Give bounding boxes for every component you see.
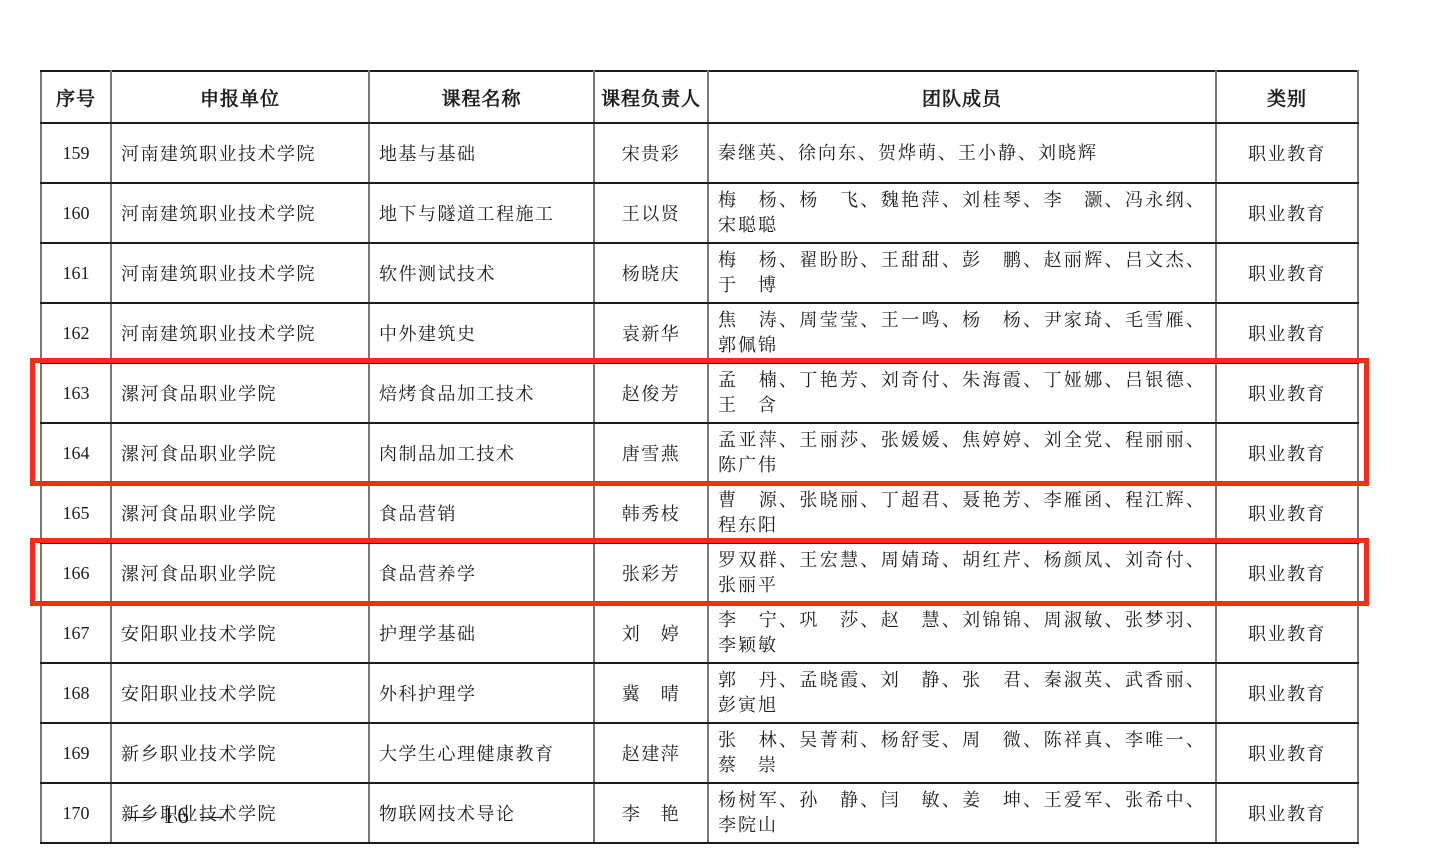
cell-team: 孟亚萍、王丽莎、张媛媛、焦婷婷、刘全党、程丽丽、陈广伟 [708,423,1216,483]
cell-unit: 漯河食品职业学院 [111,483,369,543]
table-header: 序号申报单位课程名称课程负责人团队成员类别 [41,71,1358,123]
header-team: 团队成员 [708,71,1216,123]
cell-unit: 漯河食品职业学院 [111,363,369,423]
cell-category: 职业教育 [1216,183,1358,243]
cell-no: 162 [41,303,111,363]
table-row: 169新乡职业技术学院大学生心理健康教育赵建萍张 林、吴菁莉、杨舒雯、周 微、陈… [41,723,1358,783]
cell-unit: 漯河食品职业学院 [111,543,369,603]
cell-leader: 赵建萍 [594,723,708,783]
cell-category: 职业教育 [1216,423,1358,483]
cell-unit: 安阳职业技术学院 [111,663,369,723]
cell-leader: 赵俊芳 [594,363,708,423]
table-row: 161河南建筑职业技术学院软件测试技术杨晓庆梅 杨、翟盼盼、王甜甜、彭 鹏、赵丽… [41,243,1358,303]
cell-course: 肉制品加工技术 [369,423,594,483]
table-row: 159河南建筑职业技术学院地基与基础宋贵彩秦继英、徐向东、贺烨萌、王小静、刘晓辉… [41,123,1358,183]
header-course: 课程名称 [369,71,594,123]
table-row: 164漯河食品职业学院肉制品加工技术唐雪燕孟亚萍、王丽莎、张媛媛、焦婷婷、刘全党… [41,423,1358,483]
cell-leader: 袁新华 [594,303,708,363]
page-number: — 16 — [128,803,227,829]
cell-leader: 冀 晴 [594,663,708,723]
cell-team: 李 宁、巩 莎、赵 慧、刘锦锦、周淑敏、张梦羽、李颖敏 [708,603,1216,663]
cell-leader: 李 艳 [594,783,708,843]
cell-no: 163 [41,363,111,423]
cell-category: 职业教育 [1216,543,1358,603]
cell-team: 孟 楠、丁艳芳、刘奇付、朱海霞、丁娅娜、吕银德、王 含 [708,363,1216,423]
cell-team: 曹 源、张晓丽、丁超君、聂艳芳、李雁函、程江辉、程东阳 [708,483,1216,543]
header-category: 类别 [1216,71,1358,123]
course-table-wrap: 序号申报单位课程名称课程负责人团队成员类别 159河南建筑职业技术学院地基与基础… [40,70,1359,844]
cell-team: 梅 杨、杨 飞、魏艳萍、刘桂琴、李 灏、冯永纲、宋聪聪 [708,183,1216,243]
header-leader: 课程负责人 [594,71,708,123]
table-row: 168安阳职业技术学院外科护理学冀 晴郭 丹、孟晓霞、刘 静、张 君、秦淑英、武… [41,663,1358,723]
cell-course: 物联网技术导论 [369,783,594,843]
table-row: 167安阳职业技术学院护理学基础刘 婷李 宁、巩 莎、赵 慧、刘锦锦、周淑敏、张… [41,603,1358,663]
cell-unit: 河南建筑职业技术学院 [111,123,369,183]
cell-course: 地基与基础 [369,123,594,183]
cell-category: 职业教育 [1216,123,1358,183]
cell-unit: 新乡职业技术学院 [111,723,369,783]
cell-category: 职业教育 [1216,303,1358,363]
cell-unit: 河南建筑职业技术学院 [111,183,369,243]
cell-category: 职业教育 [1216,363,1358,423]
cell-no: 161 [41,243,111,303]
cell-leader: 刘 婷 [594,603,708,663]
cell-course: 护理学基础 [369,603,594,663]
cell-no: 160 [41,183,111,243]
cell-team: 焦 涛、周莹莹、王一鸣、杨 杨、尹家琦、毛雪雁、郭佩锦 [708,303,1216,363]
cell-category: 职业教育 [1216,603,1358,663]
cell-team: 张 林、吴菁莉、杨舒雯、周 微、陈祥真、李唯一、蔡 崇 [708,723,1216,783]
cell-course: 中外建筑史 [369,303,594,363]
course-table: 序号申报单位课程名称课程负责人团队成员类别 159河南建筑职业技术学院地基与基础… [40,70,1359,844]
cell-unit: 安阳职业技术学院 [111,603,369,663]
cell-category: 职业教育 [1216,483,1358,543]
cell-course: 地下与隧道工程施工 [369,183,594,243]
table-row: 166漯河食品职业学院食品营养学张彩芳罗双群、王宏慧、周婧琦、胡红芹、杨颜凤、刘… [41,543,1358,603]
cell-no: 165 [41,483,111,543]
cell-course: 大学生心理健康教育 [369,723,594,783]
cell-unit: 河南建筑职业技术学院 [111,303,369,363]
cell-no: 170 [41,783,111,843]
table-body: 159河南建筑职业技术学院地基与基础宋贵彩秦继英、徐向东、贺烨萌、王小静、刘晓辉… [41,123,1358,843]
cell-no: 166 [41,543,111,603]
cell-leader: 唐雪燕 [594,423,708,483]
table-row: 160河南建筑职业技术学院地下与隧道工程施工王以贤梅 杨、杨 飞、魏艳萍、刘桂琴… [41,183,1358,243]
table-header-row: 序号申报单位课程名称课程负责人团队成员类别 [41,71,1358,123]
cell-no: 167 [41,603,111,663]
header-unit: 申报单位 [111,71,369,123]
cell-category: 职业教育 [1216,243,1358,303]
cell-team: 郭 丹、孟晓霞、刘 静、张 君、秦淑英、武香丽、彭寅旭 [708,663,1216,723]
cell-team: 秦继英、徐向东、贺烨萌、王小静、刘晓辉 [708,123,1216,183]
cell-no: 168 [41,663,111,723]
cell-category: 职业教育 [1216,783,1358,843]
cell-team: 杨树军、孙 静、闫 敏、姜 坤、王爱军、张希中、李院山 [708,783,1216,843]
cell-team: 罗双群、王宏慧、周婧琦、胡红芹、杨颜凤、刘奇付、张丽平 [708,543,1216,603]
table-row: 162河南建筑职业技术学院中外建筑史袁新华焦 涛、周莹莹、王一鸣、杨 杨、尹家琦… [41,303,1358,363]
cell-no: 169 [41,723,111,783]
cell-course: 外科护理学 [369,663,594,723]
table-row: 165漯河食品职业学院食品营销韩秀枝曹 源、张晓丽、丁超君、聂艳芳、李雁函、程江… [41,483,1358,543]
cell-no: 159 [41,123,111,183]
table-row: 163漯河食品职业学院焙烤食品加工技术赵俊芳孟 楠、丁艳芳、刘奇付、朱海霞、丁娅… [41,363,1358,423]
cell-no: 164 [41,423,111,483]
cell-category: 职业教育 [1216,663,1358,723]
cell-course: 软件测试技术 [369,243,594,303]
cell-leader: 杨晓庆 [594,243,708,303]
cell-category: 职业教育 [1216,723,1358,783]
table-row: 170新乡职业技术学院物联网技术导论李 艳杨树军、孙 静、闫 敏、姜 坤、王爱军… [41,783,1358,843]
cell-team: 梅 杨、翟盼盼、王甜甜、彭 鹏、赵丽辉、吕文杰、于 博 [708,243,1216,303]
cell-leader: 王以贤 [594,183,708,243]
cell-leader: 宋贵彩 [594,123,708,183]
cell-unit: 河南建筑职业技术学院 [111,243,369,303]
cell-course: 食品营养学 [369,543,594,603]
cell-course: 焙烤食品加工技术 [369,363,594,423]
cell-course: 食品营销 [369,483,594,543]
cell-leader: 韩秀枝 [594,483,708,543]
header-no: 序号 [41,71,111,123]
cell-leader: 张彩芳 [594,543,708,603]
cell-unit: 漯河食品职业学院 [111,423,369,483]
